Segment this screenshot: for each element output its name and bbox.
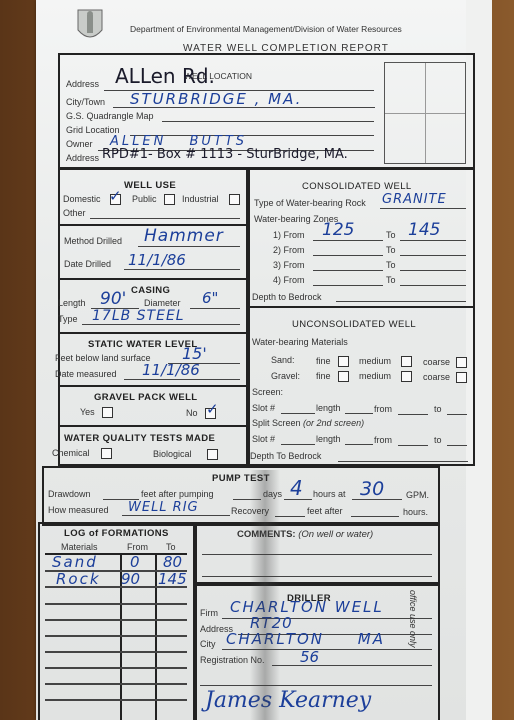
owner-label: Owner	[66, 139, 93, 149]
comments-line-1[interactable]	[202, 554, 432, 555]
log-material: Rock	[56, 570, 101, 588]
address-value: ALLen Rd.	[115, 64, 215, 88]
gpm-value: 30	[360, 478, 384, 500]
comments-line-2[interactable]	[202, 576, 432, 577]
from2-label: from	[374, 435, 392, 445]
address-label: Address	[66, 79, 99, 89]
divider	[58, 425, 248, 427]
method-drilled-field[interactable]	[138, 246, 240, 247]
to2-label: to	[434, 435, 442, 445]
split-screen-label: Split Screen (or 2nd screen)	[252, 418, 364, 428]
log-from: 90	[121, 570, 140, 588]
log-row-line	[45, 699, 187, 701]
biological-checkbox[interactable]	[207, 449, 218, 460]
log-col-from: From	[127, 542, 148, 552]
log-row-line	[45, 667, 187, 669]
gravel-medium-checkbox[interactable]	[401, 371, 412, 382]
industrial-checkbox[interactable]	[229, 194, 240, 205]
method-drilled-label: Method Drilled	[64, 236, 122, 246]
to-label: to	[434, 404, 442, 414]
zone-4-from-field[interactable]	[313, 285, 383, 286]
feet-below-label: Feet below land surface	[55, 353, 151, 363]
casing-length-value: 90'	[100, 289, 126, 309]
casing-length-label: Length	[58, 298, 86, 308]
materials-label: Water-bearing Materials	[252, 337, 348, 347]
rock-type-value: GRANITE	[382, 192, 447, 207]
length-field[interactable]	[345, 413, 373, 414]
other-label: Other	[63, 208, 86, 218]
log-row-line	[45, 603, 187, 605]
gravel-medium-label: medium	[359, 371, 391, 381]
slot-label: Slot #	[252, 403, 275, 413]
city-value: STURBRIDGE , MA.	[130, 90, 302, 108]
public-label: Public	[132, 194, 157, 204]
hours-label: hours.	[403, 507, 428, 517]
zone-3-label: 3) From	[273, 260, 305, 270]
zone-2-label: 2) From	[273, 245, 305, 255]
department-name: Department of Environmental Management/D…	[130, 24, 402, 34]
date-drilled-field[interactable]	[124, 269, 240, 270]
zone-1-to-value: 145	[408, 220, 440, 240]
domestic-label: Domestic	[63, 194, 101, 204]
gravel-pack-title: GRAVEL PACK WELL	[94, 392, 198, 403]
log-row-line	[45, 635, 187, 637]
divider	[58, 278, 248, 280]
casing-diameter-value: 6"	[202, 289, 218, 307]
sand-label: Sand:	[271, 355, 295, 365]
owner-address-value: RPD#1- Box # 1113 - SturBridge, MA.	[102, 147, 348, 162]
sand-fine-label: fine	[316, 356, 331, 366]
log-row-line	[45, 619, 187, 621]
divider	[58, 385, 248, 387]
date-measured-field[interactable]	[124, 379, 240, 380]
slot-field[interactable]	[281, 413, 315, 414]
zone-1-from-value: 125	[322, 220, 354, 240]
split-screen-text: Split Screen	[252, 418, 301, 428]
from-label: from	[374, 404, 392, 414]
log-material: Sand	[52, 553, 98, 571]
date-drilled-label: Date Drilled	[64, 259, 111, 269]
split-screen-note: (or 2nd screen)	[303, 418, 364, 428]
casing-type-label: Type	[58, 314, 78, 324]
owner-address-label: Address	[66, 153, 99, 163]
log-from: 0	[130, 553, 140, 571]
how-measured-value: WELL RIG	[128, 500, 199, 515]
gravel-fine-label: fine	[316, 371, 331, 381]
divider	[58, 332, 248, 334]
gravel-no-label: No	[186, 408, 198, 418]
feet-after-label: feet after	[307, 506, 343, 516]
zone-3-to-label: To	[386, 260, 396, 270]
log-col-to: To	[166, 542, 176, 552]
driller-signature: James Kearney	[205, 688, 371, 713]
depth-bedrock-label: Depth to Bedrock	[252, 292, 322, 302]
rock-type-label: Type of Water-bearing Rock	[254, 198, 366, 208]
driller-city-label: City	[200, 639, 216, 649]
slot2-field[interactable]	[281, 444, 315, 445]
firm-label: Firm	[200, 608, 218, 618]
sand-medium-checkbox[interactable]	[401, 356, 412, 367]
biological-label: Biological	[153, 449, 192, 459]
date-measured-value: 11/1/86	[142, 361, 200, 379]
how-measured-label: How measured	[48, 505, 109, 515]
chemical-label: Chemical	[52, 448, 90, 458]
signature-line[interactable]	[200, 685, 432, 686]
gravel-no-checkmark: ✓	[206, 400, 219, 418]
zone-1-to-field[interactable]	[400, 240, 466, 241]
from-field[interactable]	[398, 414, 428, 415]
chemical-checkbox[interactable]	[101, 448, 112, 459]
zone-1-from-field[interactable]	[313, 240, 383, 241]
zone-1-label: 1) From	[273, 230, 305, 240]
how-measured-field[interactable]	[122, 515, 230, 516]
length-label: length	[316, 403, 341, 413]
quadrangle-field[interactable]	[162, 121, 374, 122]
consolidated-title: CONSOLIDATED WELL	[302, 181, 412, 192]
depth-to-bedrock-field[interactable]	[338, 461, 468, 462]
log-column-divider	[155, 555, 157, 720]
length2-field[interactable]	[345, 444, 373, 445]
hours-value: 4	[290, 476, 303, 500]
industrial-label: Industrial	[182, 194, 219, 204]
quadrangle-label: G.S. Quadrangle Map	[66, 111, 154, 121]
zone-2-to-label: To	[386, 245, 396, 255]
screen-label: Screen:	[252, 387, 283, 397]
drawdown-label: Drawdown	[48, 489, 91, 499]
zone-4-to-field[interactable]	[400, 285, 466, 286]
log-title: LOG of FORMATIONS	[64, 528, 169, 539]
method-drilled-value: Hammer	[144, 226, 224, 246]
to2-field[interactable]	[447, 445, 467, 446]
log-row-line	[45, 651, 187, 653]
unconsolidated-title: UNCONSOLIDATED WELL	[292, 319, 416, 330]
zone-4-to-label: To	[386, 275, 396, 285]
length2-label: length	[316, 434, 341, 444]
log-to: 80	[163, 553, 182, 571]
well-use-title: WELL USE	[124, 180, 176, 191]
feet-after-pumping-label: feet after pumping	[141, 489, 214, 499]
sand-coarse-label: coarse	[423, 357, 450, 367]
log-row-line	[45, 683, 187, 685]
log-to: 145	[158, 570, 187, 588]
city-label: City/Town	[66, 97, 105, 107]
gravel-yes-label: Yes	[80, 407, 95, 417]
comments-note: (On well or water)	[298, 529, 373, 540]
zone-4-label: 4) From	[273, 275, 305, 285]
state-seal-icon	[72, 6, 108, 46]
sand-medium-label: medium	[359, 356, 391, 366]
other-field[interactable]	[90, 218, 240, 219]
casing-type-field[interactable]	[82, 324, 240, 325]
paper-fold-shadow	[250, 470, 280, 720]
zone-3-to-field[interactable]	[400, 270, 466, 271]
zone-3-from-field[interactable]	[313, 270, 383, 271]
water-quality-title: WATER QUALITY TESTS MADE	[64, 433, 215, 444]
feet-after-field[interactable]	[351, 516, 399, 517]
date-drilled-value: 11/1/86	[128, 251, 186, 269]
registration-field[interactable]	[272, 665, 432, 666]
date-measured-label: Date measured	[55, 369, 117, 379]
casing-diameter-label: Diameter	[144, 298, 181, 308]
slot2-label: Slot #	[252, 434, 275, 444]
gpm-label: GPM.	[406, 490, 429, 500]
gravel-coarse-label: coarse	[423, 372, 450, 382]
casing-diameter-field[interactable]	[190, 308, 240, 309]
casing-type-value: 17LB STEEL	[92, 308, 185, 324]
log-col-materials: Materials	[61, 542, 98, 552]
rock-type-field[interactable]	[380, 208, 466, 209]
casing-title: CASING	[131, 285, 170, 296]
domestic-checkmark: ✓	[109, 187, 122, 205]
divider	[246, 306, 473, 308]
office-use-only-label: office use only	[408, 590, 418, 648]
office-grid	[384, 62, 466, 164]
zone-2-from-field[interactable]	[313, 255, 383, 256]
depth-to-bedrock-label: Depth To Bedrock	[250, 451, 321, 461]
hours-at-label: hours at	[313, 489, 346, 499]
depth-bedrock-field[interactable]	[336, 301, 466, 302]
public-checkbox[interactable]	[164, 194, 175, 205]
gravel-yes-checkbox[interactable]	[102, 407, 113, 418]
from2-field[interactable]	[398, 445, 428, 446]
zone-1-to-label: To	[386, 230, 396, 240]
registration-value: 56	[300, 648, 319, 666]
gravel-fine-checkbox[interactable]	[338, 371, 349, 382]
gravel-label: Gravel:	[271, 371, 300, 381]
to-field[interactable]	[447, 414, 467, 415]
sand-coarse-checkbox[interactable]	[456, 357, 467, 368]
zone-2-to-field[interactable]	[400, 255, 466, 256]
sand-fine-checkbox[interactable]	[338, 356, 349, 367]
gravel-coarse-checkbox[interactable]	[456, 372, 467, 383]
